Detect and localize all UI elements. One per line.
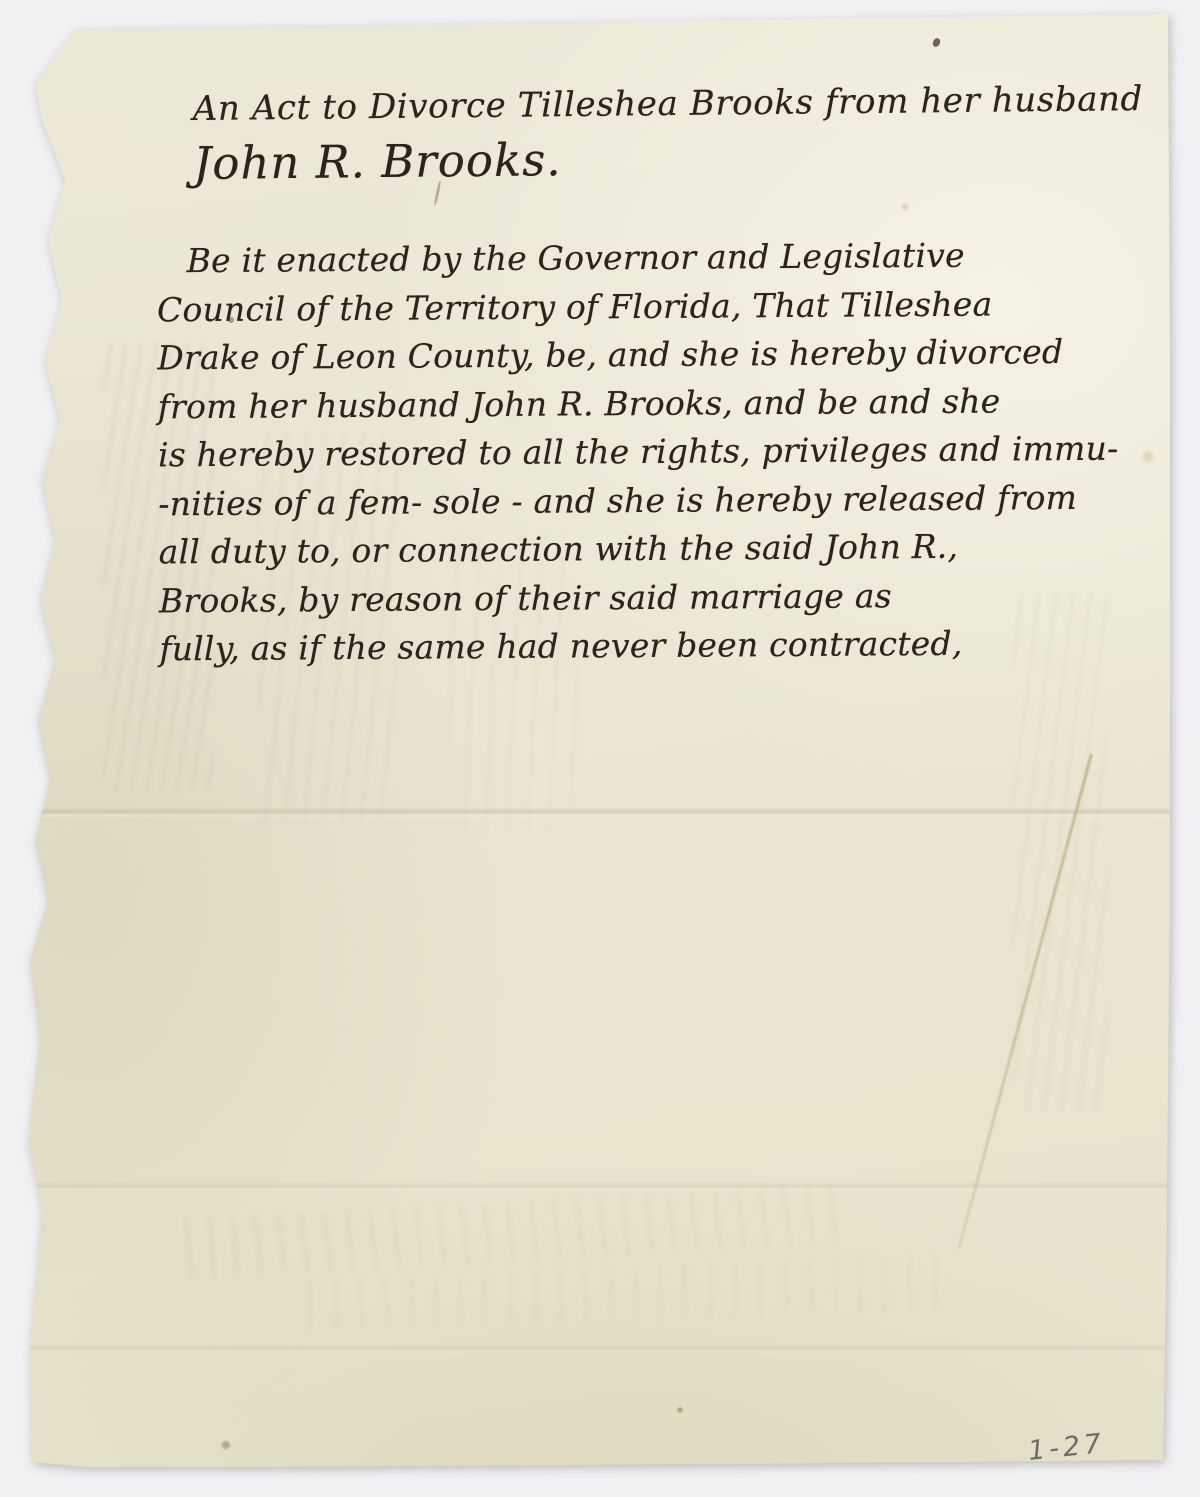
horizontal-fold-crease <box>28 808 1170 818</box>
body-line: Drake of Leon County, be, and she is her… <box>157 328 1118 383</box>
ink-speck <box>931 37 941 48</box>
horizontal-fold-crease <box>28 1344 1170 1354</box>
title-line-1: An Act to Divorce Tilleshea Brooks from … <box>192 79 1143 129</box>
body-line: Council of the Territory of Florida, Tha… <box>157 279 1118 334</box>
body-line: Brooks, by reason of their said marriage… <box>159 570 1120 625</box>
body-line: from her husband John R. Brooks, and be … <box>158 376 1119 431</box>
body-line: all duty to, or connection with the said… <box>159 522 1120 577</box>
bleed-through-writing <box>177 1185 839 1279</box>
bleed-through-writing <box>1013 592 1108 1112</box>
body-line: Be it enacted by the Governor and Legisl… <box>156 231 1117 286</box>
body-line: fully, as if the same had never been con… <box>159 619 1120 674</box>
diagonal-crease <box>958 754 1093 1249</box>
body-line: -nities of a fem- sole - and she is here… <box>158 473 1119 528</box>
document-title: An Act to Divorce Tilleshea Brooks from … <box>192 79 1143 190</box>
body-line: is hereby restored to all the rights, pr… <box>158 425 1119 480</box>
horizontal-fold-crease <box>28 1182 1170 1192</box>
title-line-2: John R. Brooks. <box>193 127 1144 190</box>
scan-background: An Act to Divorce Tilleshea Brooks from … <box>0 0 1200 1497</box>
bleed-through-writing <box>297 1256 939 1333</box>
page-number-annotation: 1-27 <box>1027 1428 1107 1467</box>
paper-sheet: An Act to Divorce Tilleshea Brooks from … <box>28 12 1170 1467</box>
document-body: Be it enacted by the Governor and Legisl… <box>156 231 1119 674</box>
manuscript-page: An Act to Divorce Tilleshea Brooks from … <box>28 12 1170 1467</box>
